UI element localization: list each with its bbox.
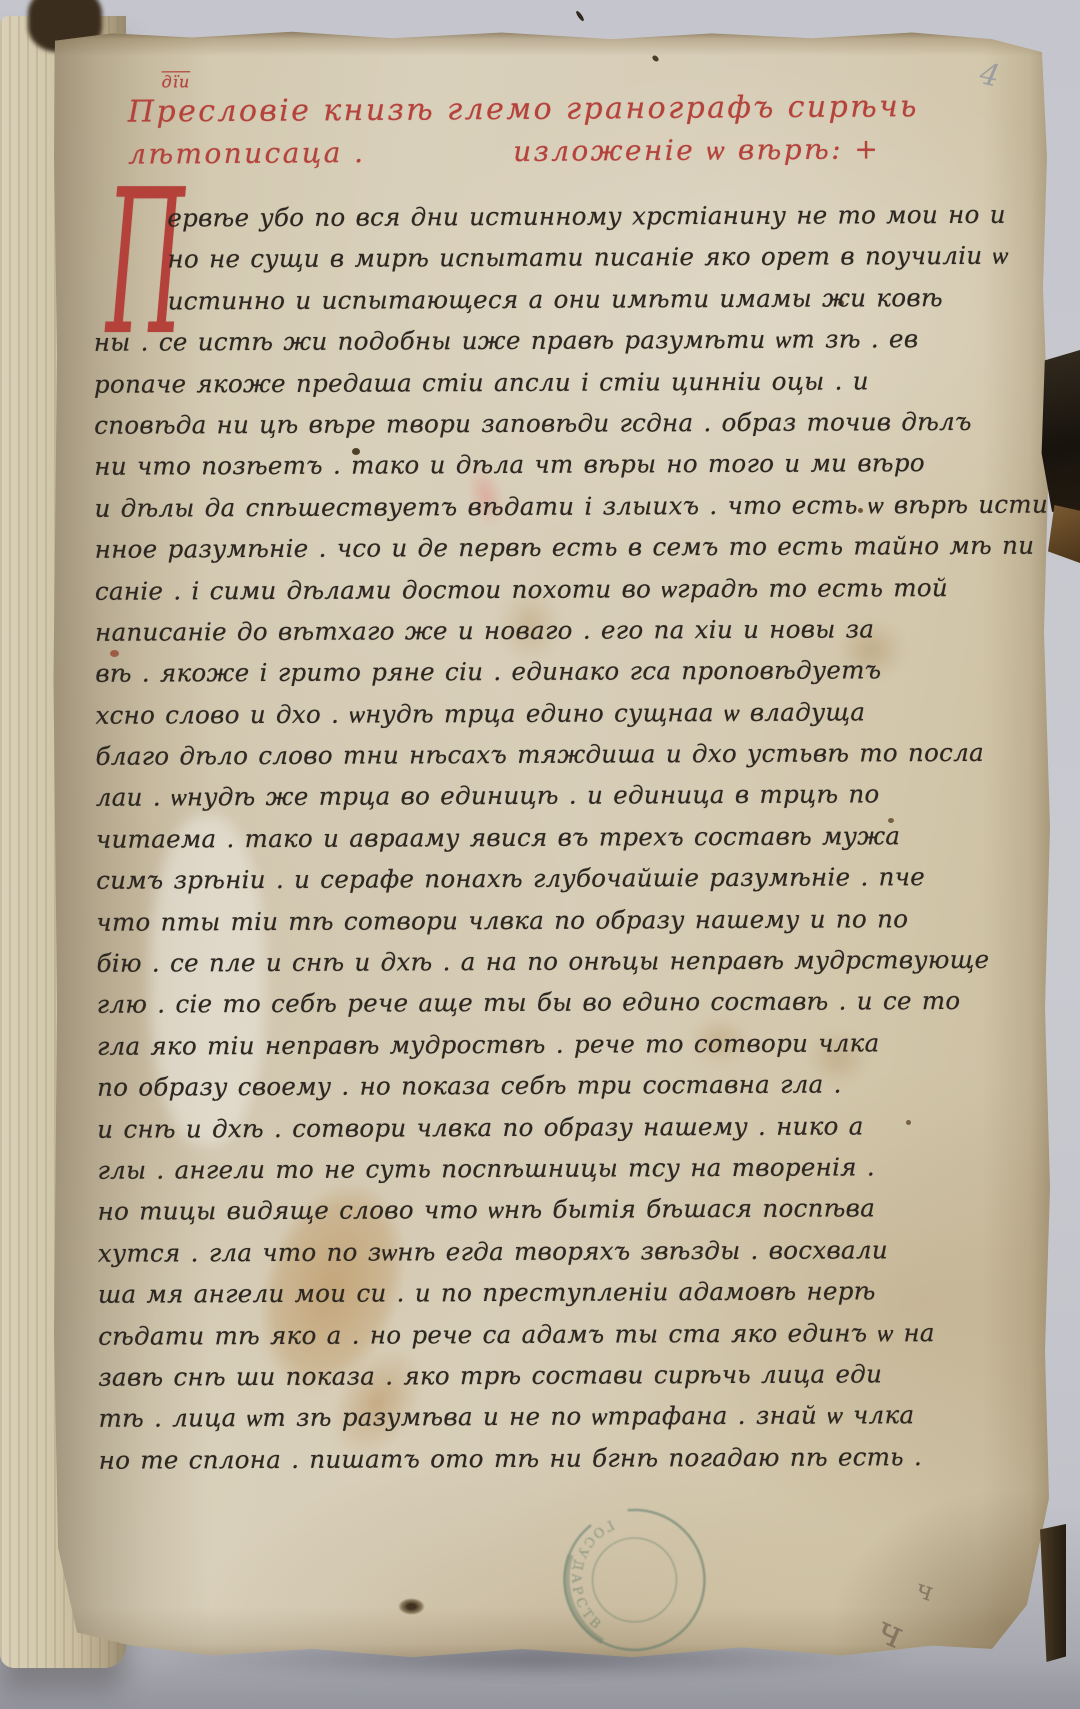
text-line: ервѣе убо по вся дни истинному хрстіанин… — [93, 194, 883, 239]
stamp-inner-ring — [584, 1529, 686, 1631]
text-line: гла яко тіи неправѣ мудроствѣ . рече то … — [97, 1022, 887, 1067]
text-line: но тицы видяще слово что ѡнѣ бытія бѣшас… — [98, 1188, 888, 1233]
text-line: сповѣда ни цѣ вѣре твори заповѣди гсдна … — [94, 401, 884, 446]
text-line: хутся . гла что по зѡнѣ егда творяхъ звѣ… — [98, 1229, 888, 1274]
heading-line-1: Пресловіе книзѣ глемо гранографъ сирѣчь — [128, 89, 888, 130]
text-line: написаніе до вѣтхаго же и новаго . его п… — [95, 608, 885, 653]
text-line: ни что позѣетъ . тако и дѣла чт вѣры но … — [94, 443, 884, 488]
text-line: ны . се истѣ жи подобны иже правѣ разумѣ… — [94, 318, 884, 363]
clasp-strap-underside — [1048, 505, 1080, 563]
text-line: ша мя ангели мои си . и по преступленіи … — [98, 1270, 888, 1315]
text-line: вѣ . якоже і грито ряне сіи . единако гс… — [95, 650, 885, 695]
text-line: саніе . і сими дѣлами достои похоти во ѡ… — [95, 567, 885, 612]
wormhole — [398, 1598, 425, 1615]
ink-speck — [575, 10, 585, 22]
text-line: глы . ангели то не суть поспѣшницы тсу н… — [97, 1146, 887, 1191]
text-line: по образу своему . но показа себѣ три со… — [97, 1063, 887, 1108]
text-line: глю . сіе то себѣ рече аще ты бы во един… — [97, 981, 887, 1026]
rubric-superscript: дїи — [162, 72, 191, 91]
pencil-scribble: ч ч — [868, 1576, 978, 1666]
text-line: истинно и испытающеся а они имѣти имамы … — [94, 277, 884, 322]
text-line: но не сущи в мирѣ испытати писаніе яко о… — [93, 236, 883, 281]
text-line: сѣдати тѣ яко а . но рече са адамъ ты ст… — [98, 1312, 888, 1357]
heading-line-2: лѣтописаца . изложеніе ѡ вѣрѣ: + — [128, 131, 888, 172]
text-line: читаема . тако и аврааму явися въ трехъ … — [96, 815, 886, 860]
manuscript-photo: дїи Пресловіе книзѣ глемо гранографъ сир… — [0, 0, 1080, 1709]
text-line: благо дѣло слово тни нѣсахъ тяждиша и дх… — [96, 732, 886, 777]
body-text: ервѣе убо по вся дни истинному хрстіанин… — [93, 194, 889, 1481]
text-line: хсно слово и дхо . ѡнудѣ трца едино сущн… — [95, 691, 885, 736]
text-line: но те сплона . пишатъ ото тѣ ни бгнѣ пог… — [99, 1436, 889, 1481]
text-line: что пты тіи тѣ сотвори члвка по образу н… — [96, 898, 886, 943]
text-line: симъ зрѣніи . и серафе понахѣ глубочайші… — [96, 857, 886, 902]
text-line: завѣ снѣ ши показа . яко трѣ состави сир… — [98, 1353, 888, 1398]
rubric-heading: дїи Пресловіе книзѣ глемо гранографъ сир… — [128, 89, 889, 172]
text-line: бію . се пле и снѣ и дхѣ . а на по онѣцы… — [96, 939, 886, 984]
pencil-mark: ч — [870, 1607, 911, 1657]
dirt-speck — [906, 1120, 911, 1125]
pencil-mark: ч — [912, 1574, 938, 1608]
heading-line-2-right: изложеніе ѡ вѣрѣ: + — [513, 131, 888, 170]
text-line: нное разумѣніе . чсо и де первѣ есть в с… — [95, 525, 885, 570]
text-line: и дѣлы да спѣшествуетъ вѣдати і злыихъ .… — [94, 484, 884, 529]
text-line: и снѣ и дхѣ . сотвори члвка по образу на… — [97, 1105, 887, 1150]
text-line: тѣ . лица ѡт зѣ разумѣва и не по ѡтрафан… — [98, 1395, 888, 1440]
lower-clasp-strap — [1040, 1524, 1066, 1662]
text-line: лаи . ѡнудѣ же трца во единицѣ . и едини… — [96, 774, 886, 819]
text-line: ропаче якоже предаша стіи апсли і стіи ц… — [94, 360, 884, 405]
